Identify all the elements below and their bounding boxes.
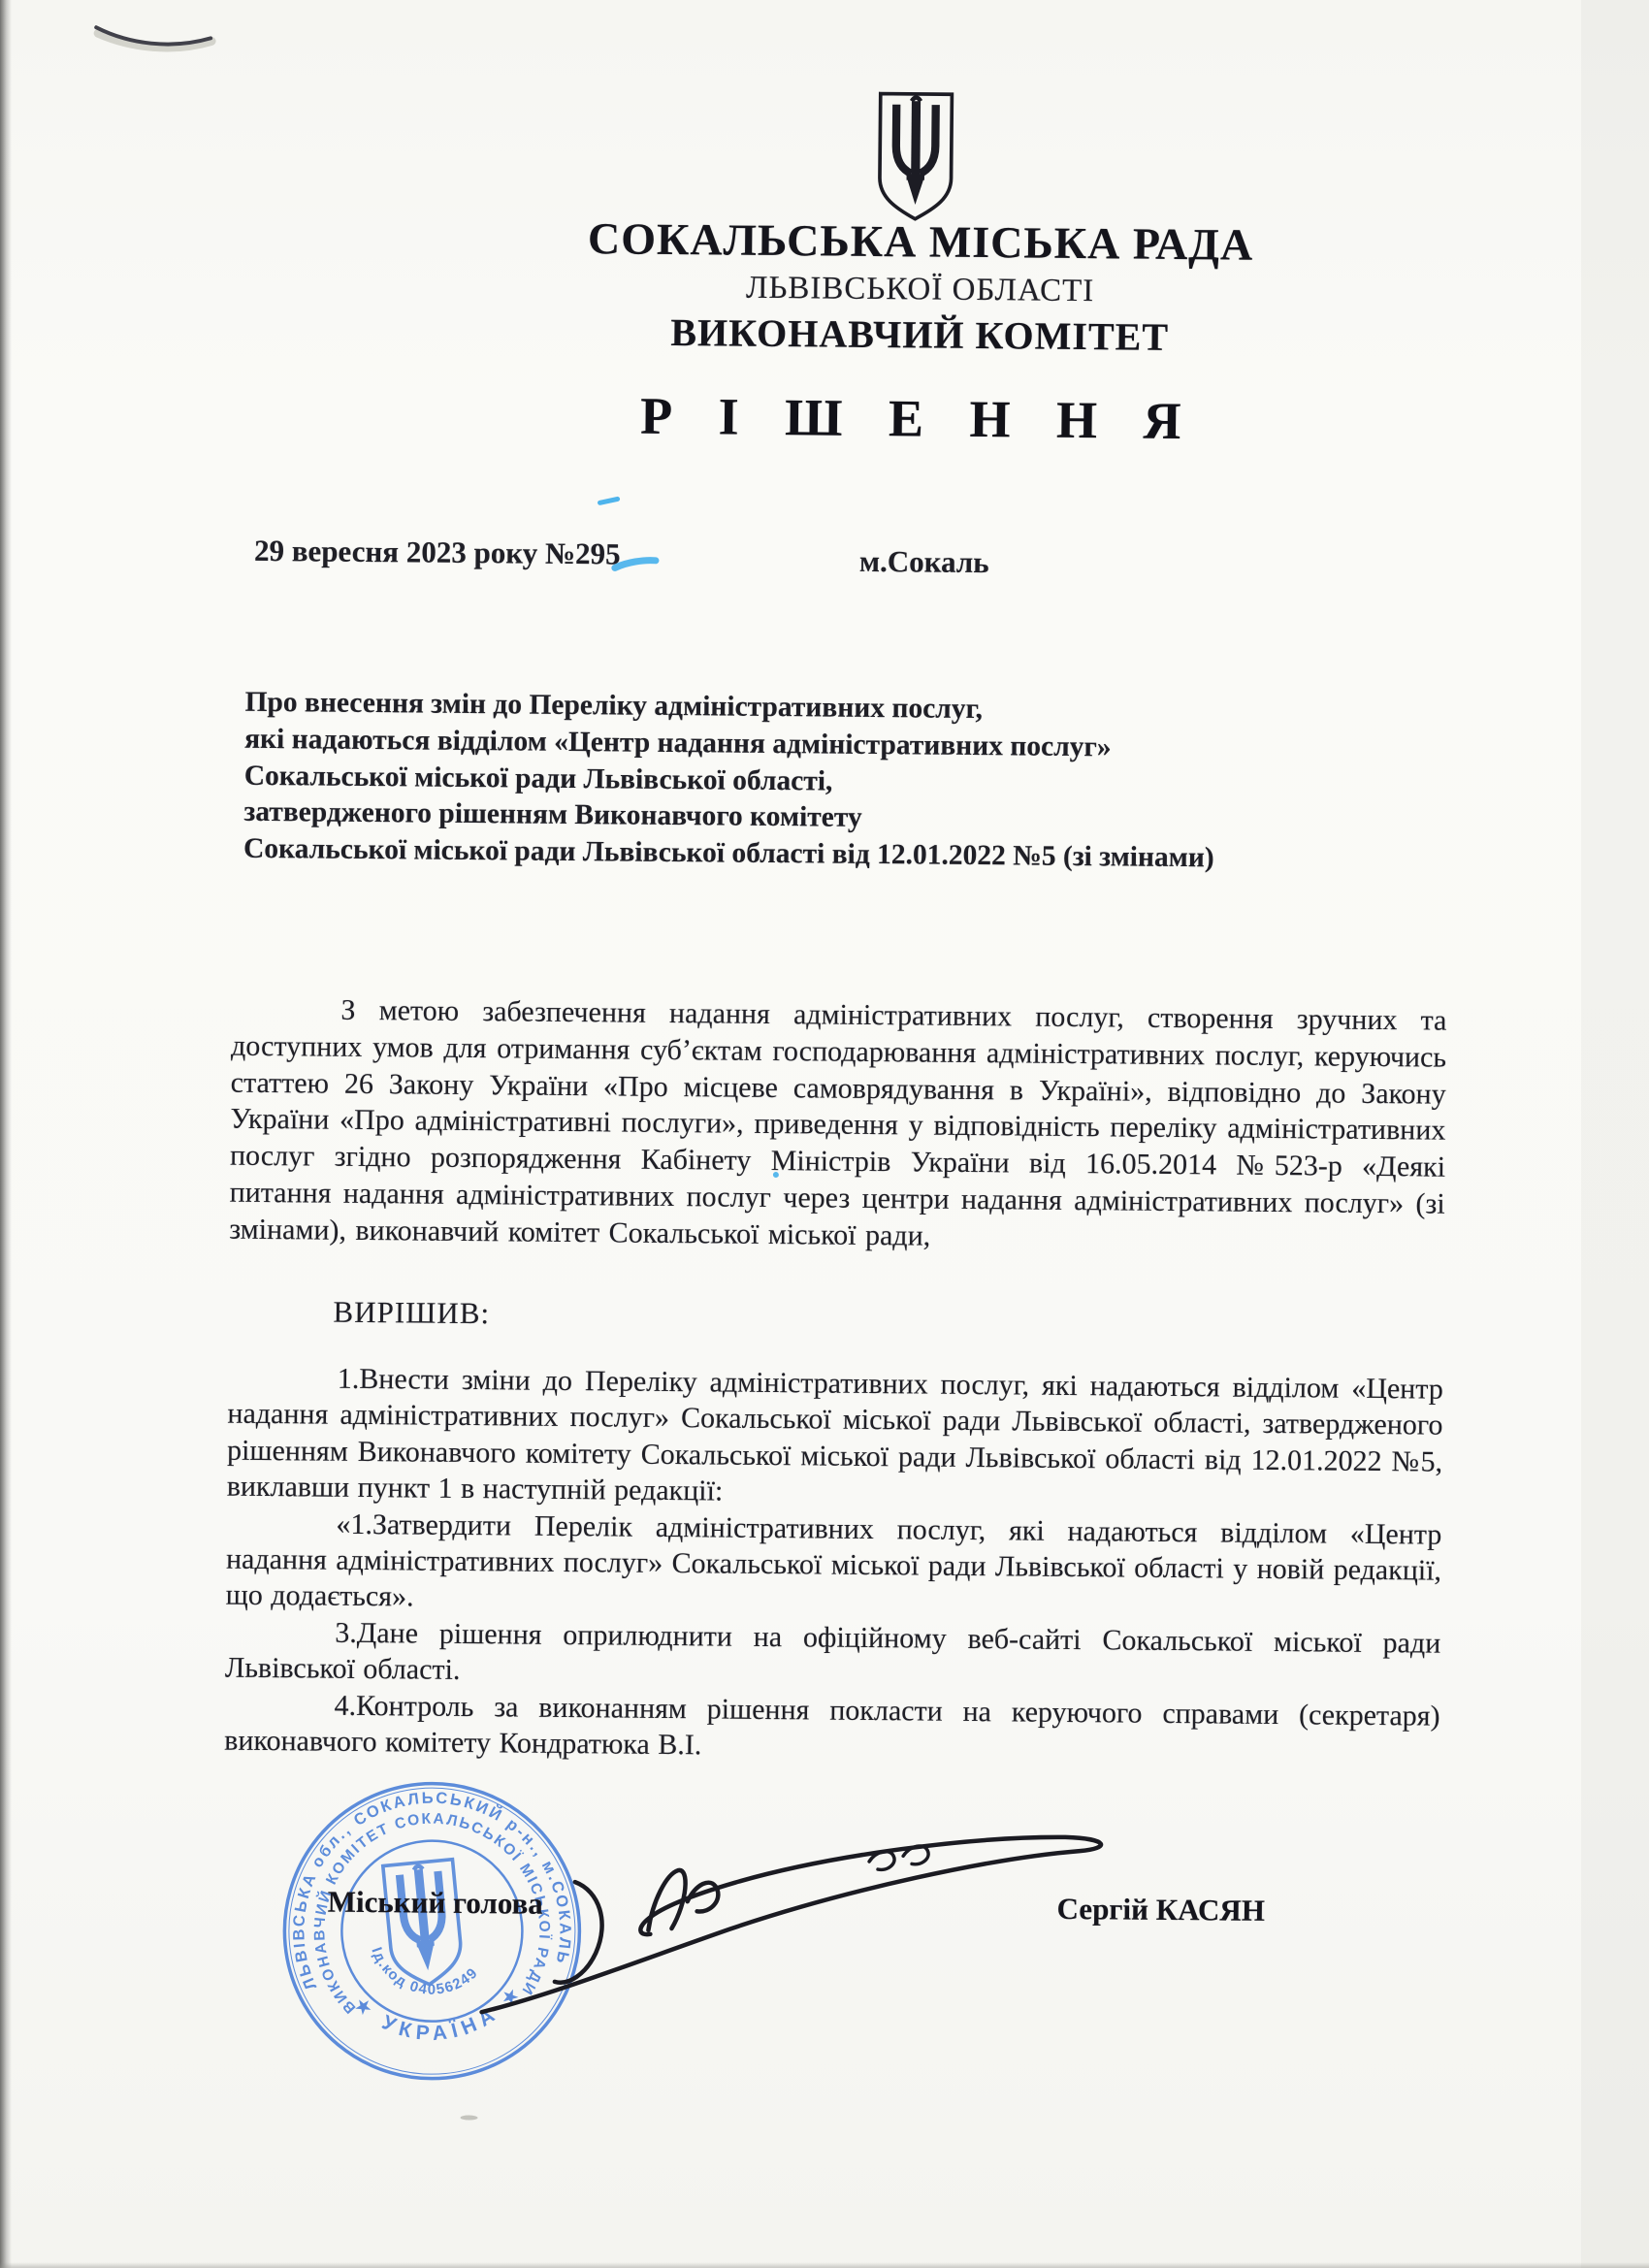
decision-items: 1.Внести зміни до Переліку адміністратив… [224, 1360, 1443, 1770]
document-place: м.Сокаль [859, 544, 989, 580]
signer-name: Сергій КАСЯН [1056, 1892, 1265, 1928]
scan-edge-left [0, 0, 12, 2268]
document-subject: Про внесення змін до Переліку адміністра… [243, 685, 1506, 880]
decision-item: 4.Контроль за виконанням рішення покласт… [224, 1686, 1440, 1770]
scan-edge-bottom [0, 2262, 1649, 2268]
document-type-title: Р І Ш Е Н Н Я [240, 378, 1599, 459]
scanned-document-page: СОКАЛЬСЬКА МІСЬКА РАДА ЛЬВІВСЬКОЇ ОБЛАСТ… [0, 0, 1649, 2268]
ukraine-trident-emblem-icon [870, 87, 960, 224]
resolved-label: ВИРІШИВ: [333, 1295, 490, 1332]
document-date-number: 29 вересня 2023 року №295 [254, 534, 621, 572]
document-header: СОКАЛЬСЬКА МІСЬКА РАДА ЛЬВІВСЬКОЇ ОБЛАСТ… [240, 210, 1600, 459]
scan-shade-band [1581, 0, 1649, 2268]
scan-smudge [461, 2115, 478, 2120]
official-seal-stamp: ЛЬВІВСЬКА обл., СОКАЛЬСЬКИЙ р-н., м.СОКА… [257, 1757, 606, 2106]
document-sheet: СОКАЛЬСЬКА МІСЬКА РАДА ЛЬВІВСЬКОЇ ОБЛАСТ… [0, 0, 1649, 2268]
preamble-paragraph: З метою забезпечення надання адміністрат… [229, 991, 1446, 1260]
decision-item: 1.Внести зміни до Переліку адміністратив… [227, 1360, 1443, 1517]
scan-crease-mark [96, 27, 211, 48]
decision-item: «1.Затвердити Перелік адміністративних п… [226, 1505, 1442, 1625]
signer-title: Міський голова [327, 1885, 542, 1922]
decision-item: 3.Дане рішення оприлюднити на офіційному… [225, 1613, 1441, 1698]
